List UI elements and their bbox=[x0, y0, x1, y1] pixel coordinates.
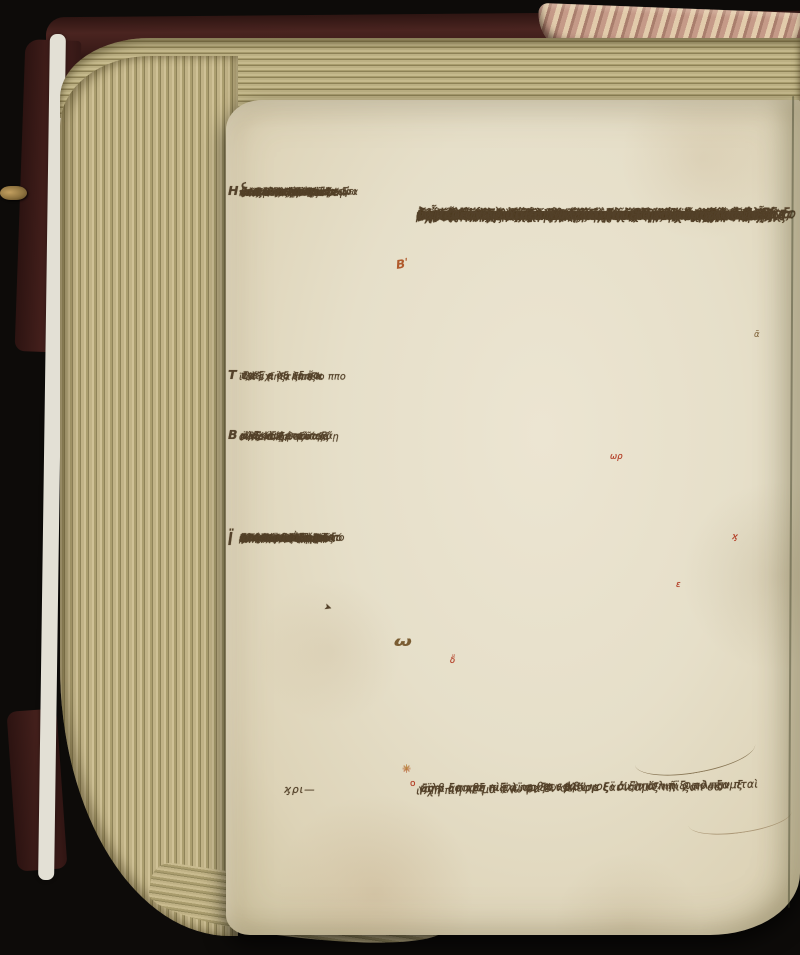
marginal-delta-mark: δ̈ bbox=[450, 656, 455, 666]
asterisk-mark: ✳ bbox=[402, 762, 411, 775]
pen-flourish bbox=[632, 726, 759, 784]
margin-text-line: ππεξ ο ϊ υ μξ ἄο· bbox=[241, 369, 323, 384]
margin-text-line: οἴ ππ ὁ ξρν μλάψο· bbox=[239, 430, 332, 445]
footnote-block: ι· χὴ πιὴ λε μὰ πλω ρα ἔν σε ἔφ ε ξ· ὀν … bbox=[416, 775, 800, 780]
interlinear-correction: ε bbox=[676, 580, 681, 590]
rubric-omicron-mark: ο bbox=[410, 779, 416, 789]
rubric-caret-mark: ➤ bbox=[323, 602, 333, 614]
margin-column-tailpiece: ϗρι— bbox=[284, 784, 316, 796]
book-cover-bottom-left bbox=[6, 708, 67, 871]
rubric-initial-beta: Β bbox=[228, 427, 238, 442]
rubric-initial-iota: Ϊ bbox=[228, 528, 233, 550]
footnote-line: γϖ τ ασ τεξ ιν π ε ιρ θϖ εφαι· bbox=[418, 777, 585, 797]
manuscript-photograph: ϛ Η παὼ μαππτξτ ποτροἀχαλβτο ποὶ ϊσαξε· … bbox=[0, 0, 800, 955]
interlinear-correction: ᾶ bbox=[754, 330, 760, 340]
rubric-initial-eta: Η bbox=[228, 183, 238, 198]
interlinear-correction: ϗ bbox=[732, 532, 738, 542]
page-edge-stack-left bbox=[60, 56, 238, 936]
rubric-initial-tau: Τ bbox=[228, 367, 237, 382]
pen-flourish bbox=[686, 797, 793, 840]
marginal-omega-mark: ω bbox=[394, 634, 412, 650]
clasp-pin bbox=[0, 186, 27, 200]
parchment-page: ϛ Η παὼ μαππτξτ ποτροἀχαλβτο ποὶ ϊσαξε· … bbox=[226, 100, 800, 935]
margin-text-line: ππϊξλϊ ξτι ι· bbox=[242, 186, 300, 201]
margin-text-line: ἄξεϊ· ππο ε σε μϊ bbox=[243, 531, 325, 546]
interlinear-correction: ωρ bbox=[610, 452, 623, 462]
marginal-numeral-beta: Βʹ bbox=[395, 256, 410, 272]
main-text-line: ἰν πεὸ σγαρ αἴμὲ· πωλ λϖν ἀν τά ξϊ οσ ἄχ… bbox=[418, 203, 748, 228]
